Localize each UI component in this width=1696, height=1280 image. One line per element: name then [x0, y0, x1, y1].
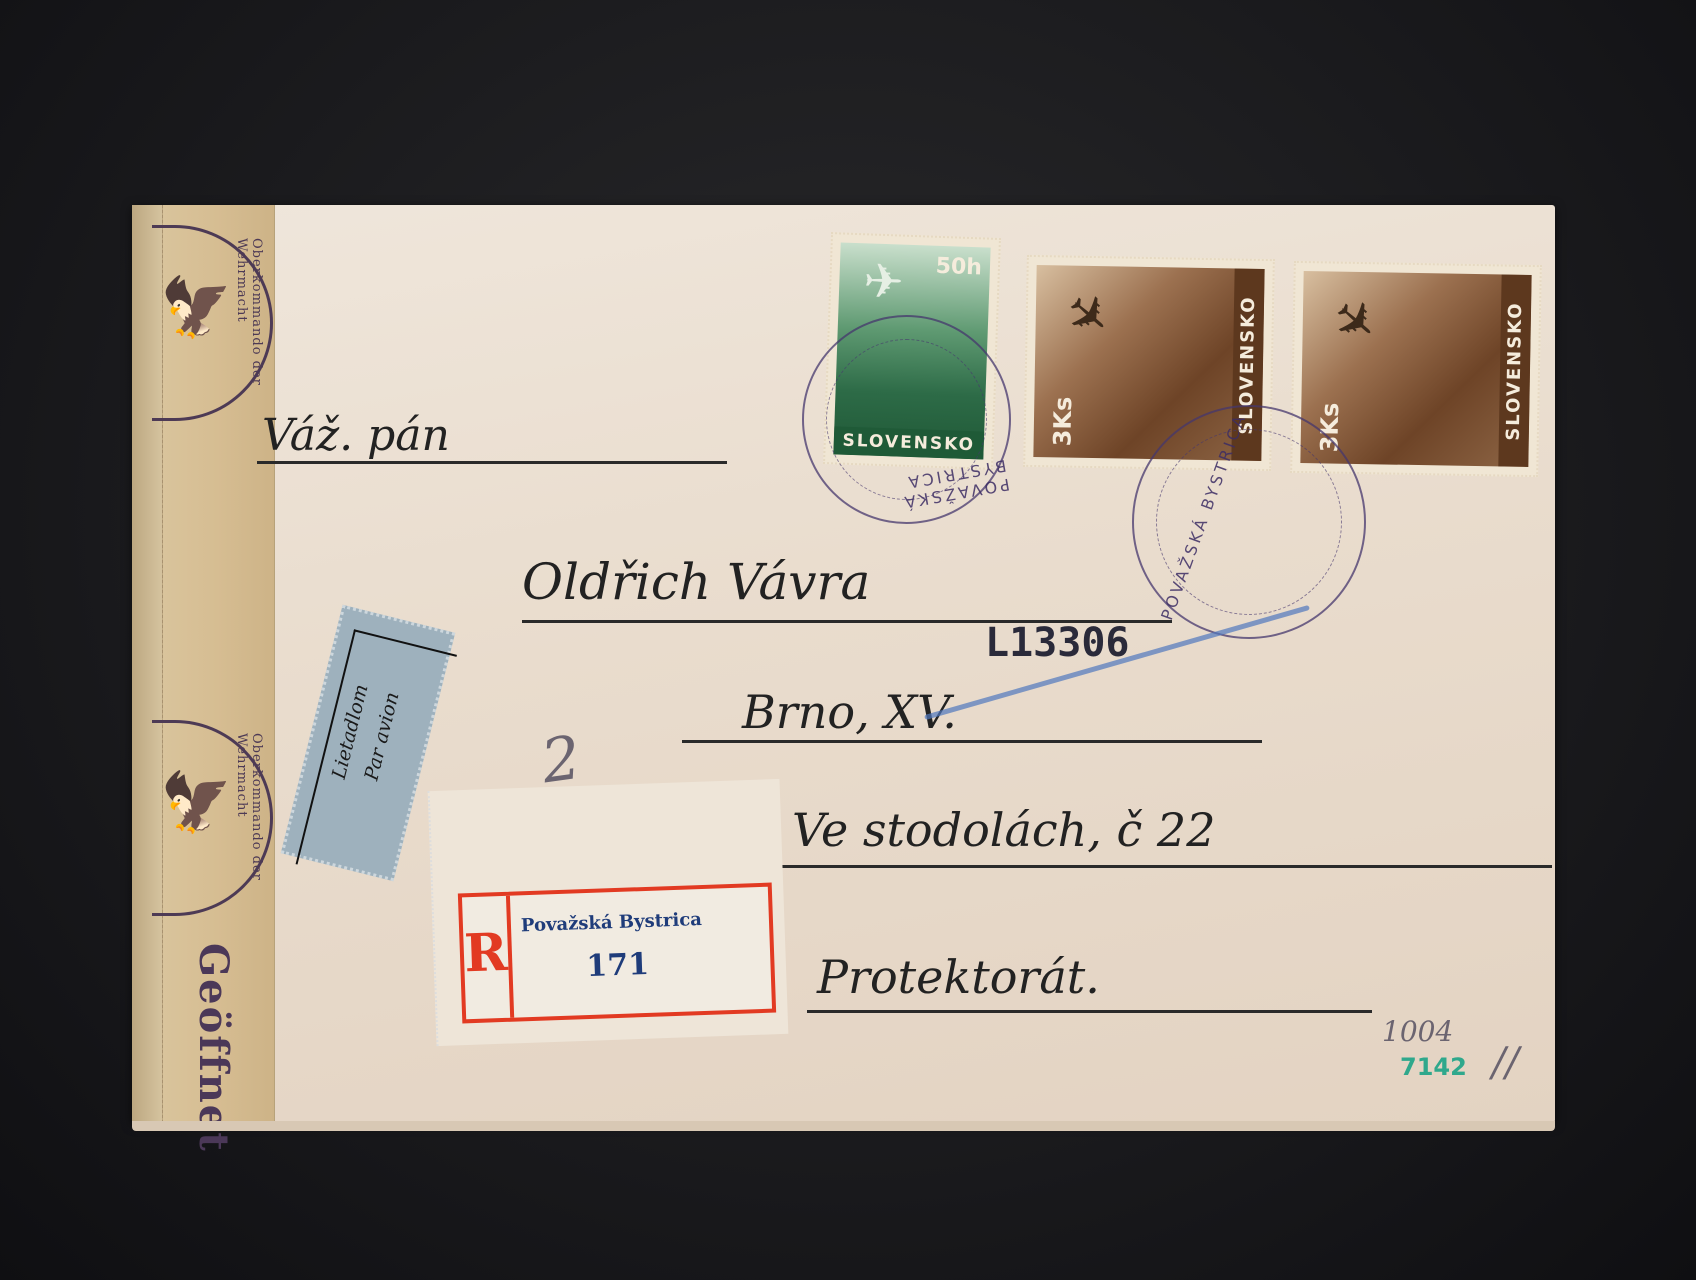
- postmark: POVAŽSKÁ BYSTRICA: [802, 315, 1011, 524]
- registration-handstamp: L13306: [985, 620, 1130, 666]
- eagle-icon: 🦅: [160, 278, 232, 336]
- inventory-number: 7142: [1400, 1053, 1467, 1081]
- postmark: POVAŽSKÁ BYSTRICA: [1132, 405, 1366, 639]
- censor-opened-text: Geöffnet: [190, 943, 237, 1153]
- stamp-country: SLOVENSKO: [1498, 274, 1531, 466]
- underline: [772, 865, 1552, 868]
- plane-icon: ✈: [1318, 285, 1390, 359]
- underline: [682, 740, 1262, 743]
- registration-letter: R: [462, 896, 514, 1020]
- censor-seal: 🦅 Oberkommando der Wehrmacht: [152, 225, 273, 421]
- plane-icon: ✈: [862, 253, 904, 310]
- underline: [257, 461, 727, 464]
- censor-seal-text: Oberkommando der Wehrmacht: [234, 733, 264, 913]
- address-region: Protektorát.: [817, 950, 1100, 1004]
- underline: [807, 1010, 1372, 1013]
- censor-seal: 🦅 Oberkommando der Wehrmacht: [152, 720, 273, 916]
- stamp-value: 3Ks: [1048, 396, 1077, 446]
- registration-label: R Považská Bystrica 171: [458, 883, 776, 1024]
- censor-tape: 🦅 Oberkommando der Wehrmacht 🦅 Oberkomma…: [132, 205, 275, 1123]
- address-city: Brno, XV.: [742, 685, 957, 739]
- eagle-icon: 🦅: [160, 773, 232, 831]
- address-street: Ve stodolách, č 22: [792, 803, 1215, 857]
- plane-icon: ✈: [1051, 279, 1123, 353]
- pencil-slash: //: [1492, 1040, 1519, 1086]
- stamp-value: 50h: [935, 254, 982, 281]
- registration-office: Považská Bystrica: [521, 909, 703, 936]
- address-salutation: Váž. pán: [262, 410, 450, 461]
- censor-seal-text: Oberkommando der Wehrmacht: [234, 238, 264, 418]
- address-name: Oldřich Vávra: [522, 553, 870, 611]
- pencil-number: 1004: [1382, 1015, 1453, 1048]
- registration-number: 171: [586, 947, 650, 984]
